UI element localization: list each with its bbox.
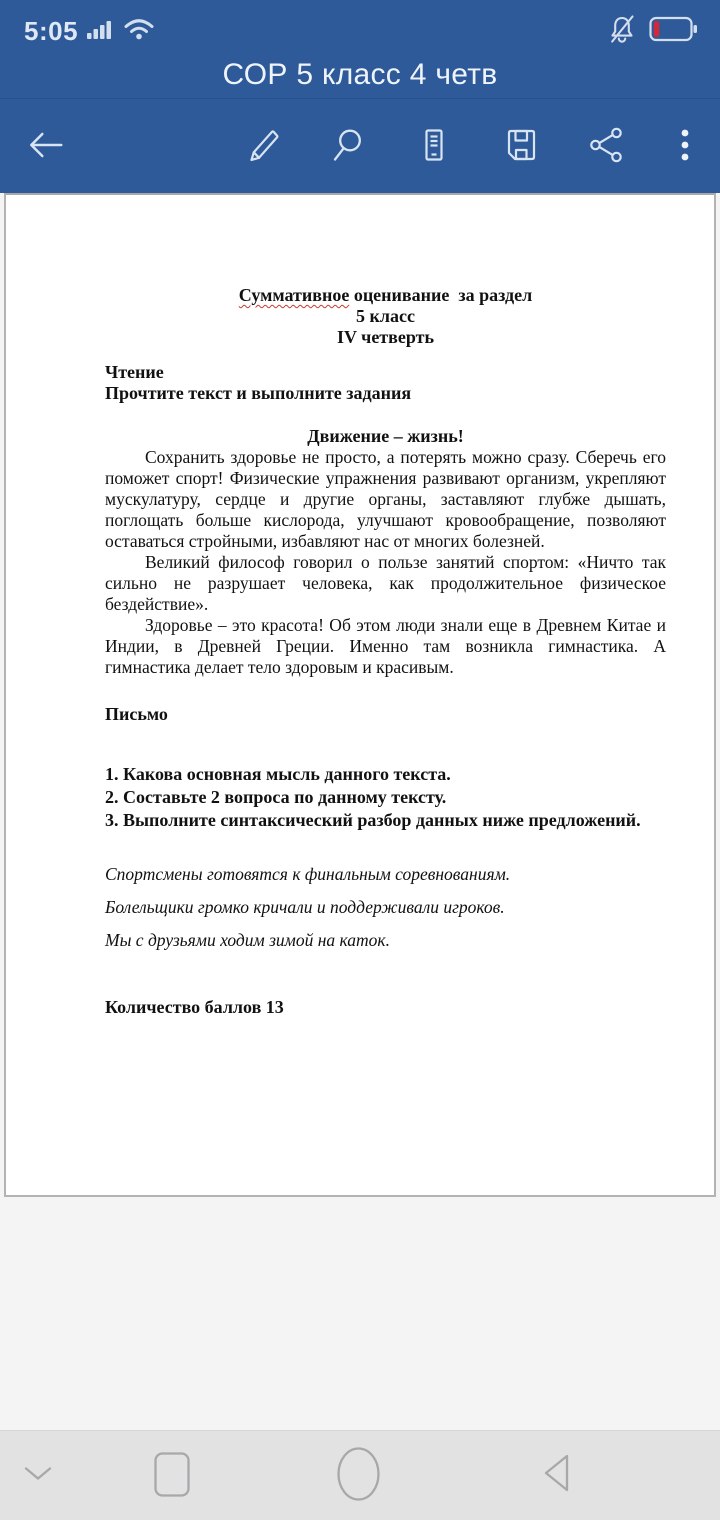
status-right [605, 12, 698, 51]
writing-label: Письмо [105, 704, 666, 725]
reading-label: Чтение [105, 362, 666, 383]
recents-button[interactable] [153, 1451, 191, 1501]
bell-muted-icon [605, 12, 639, 51]
sentence-list: Спортсмены готовятся к финальным соревно… [105, 858, 666, 957]
document-title: СОР 5 класс 4 четв [222, 58, 497, 92]
overflow-menu-button[interactable] [670, 124, 700, 168]
heading-line-3: IV четверть [105, 327, 666, 348]
title-bar: СОР 5 класс 4 четв [0, 52, 720, 98]
back-nav-button[interactable] [538, 1451, 576, 1498]
signal-icon [87, 17, 114, 45]
chevron-down-icon [22, 1470, 54, 1485]
misspelled-word: Суммативное [239, 285, 350, 305]
home-circle-icon [336, 1490, 381, 1505]
back-triangle-icon [538, 1483, 576, 1498]
reading-section: Чтение Прочтите текст и выполните задани… [105, 362, 666, 404]
share-icon [586, 125, 626, 168]
home-button[interactable] [336, 1446, 381, 1505]
paragraph-1: Сохранить здоровье не просто, а потерять… [105, 447, 666, 552]
heading-line-1-rest: оценивание за раздел [349, 285, 532, 305]
task-2: 2. Составьте 2 вопроса по данному тексту… [105, 786, 666, 809]
paragraph-2: Великий философ говорил о пользе занятий… [105, 552, 666, 615]
heading-line-2: 5 класс [105, 306, 666, 327]
recents-square-icon [153, 1486, 191, 1501]
reading-instruction: Прочтите текст и выполните задания [105, 383, 666, 404]
edit-button[interactable] [240, 124, 284, 168]
heading-line-1: Суммативное оценивание за раздел [105, 285, 666, 306]
document-page: Суммативное оценивание за раздел 5 класс… [4, 193, 716, 1197]
save-button[interactable] [498, 124, 542, 168]
points-total: Количество баллов 13 [105, 997, 666, 1018]
edit-pencil-icon [242, 125, 282, 168]
back-arrow-icon [25, 124, 67, 169]
wifi-icon [123, 17, 155, 46]
sentence-2: Болельщики громко кричали и поддерживали… [105, 891, 666, 924]
phone-screen: 5:05 [0, 0, 720, 1520]
android-nav-bar [0, 1430, 720, 1520]
document-view-icon [414, 125, 454, 168]
text-title: Движение – жизнь! [105, 426, 666, 447]
share-button[interactable] [584, 124, 628, 168]
task-1: 1. Какова основная мысль данного текста. [105, 763, 666, 786]
sentence-3: Мы с друзьями ходим зимой на каток. [105, 924, 666, 957]
view-mode-button[interactable] [412, 124, 456, 168]
assessment-heading: Суммативное оценивание за раздел 5 класс… [105, 285, 666, 348]
status-left: 5:05 [24, 16, 155, 47]
battery-low-icon [649, 16, 698, 47]
back-button[interactable] [24, 124, 68, 168]
app-header: 5:05 [0, 0, 720, 193]
hide-navbar-button[interactable] [22, 1465, 54, 1485]
save-floppy-icon [500, 125, 540, 168]
toolbar [0, 98, 720, 193]
overflow-menu-icon [678, 125, 692, 168]
toolbar-actions [240, 124, 700, 168]
search-button[interactable] [326, 124, 370, 168]
clock-time: 5:05 [24, 16, 78, 47]
search-icon [328, 125, 368, 168]
status-bar: 5:05 [0, 0, 720, 52]
task-list: 1. Какова основная мысль данного текста.… [105, 763, 666, 832]
document-scroll-area[interactable]: Суммативное оценивание за раздел 5 класс… [0, 193, 720, 1430]
sentence-1: Спортсмены готовятся к финальным соревно… [105, 858, 666, 891]
paragraph-3: Здоровье – это красота! Об этом люди зна… [105, 615, 666, 678]
task-3: 3. Выполните синтаксический разбор данны… [105, 809, 666, 832]
